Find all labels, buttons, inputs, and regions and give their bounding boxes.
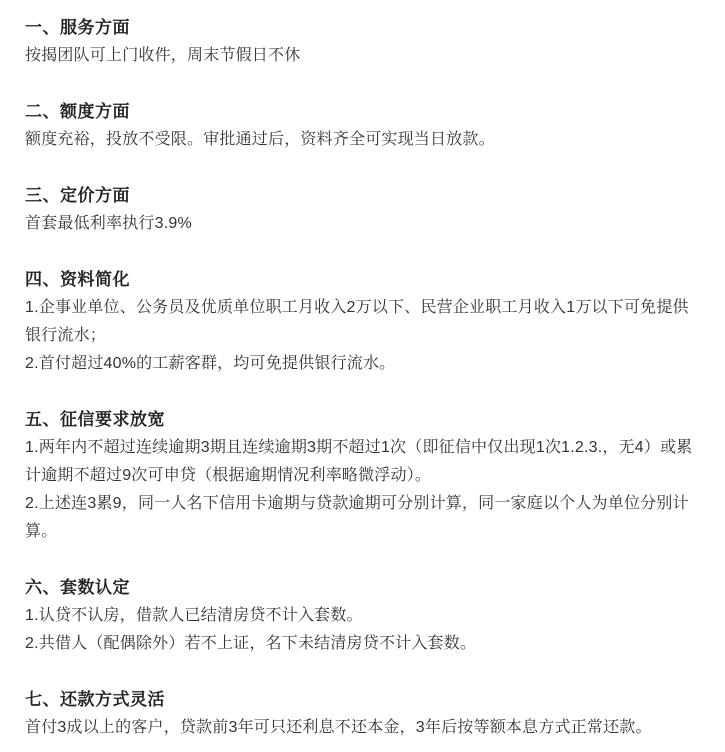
section-paragraph: 按揭团队可上门收件，周末节假日不休: [25, 42, 700, 70]
section-paragraph: 额度充裕，投放不受限。审批通过后，资料齐全可实现当日放款。: [25, 126, 700, 154]
section-paragraph: 首套最低利率执行3.9%: [25, 210, 700, 238]
section: 二、额度方面额度充裕，投放不受限。审批通过后，资料齐全可实现当日放款。: [25, 98, 700, 154]
section: 六、套数认定1.认贷不认房，借款人已结清房贷不计入套数。2.共借人（配偶除外）若…: [25, 574, 700, 658]
section-paragraph: 1.两年内不超过连续逾期3期且连续逾期3期不超过1次（即征信中仅出现1次1.2.…: [25, 434, 700, 490]
section-heading: 五、征信要求放宽: [25, 406, 700, 434]
section-heading: 四、资料简化: [25, 266, 700, 294]
section-paragraph: 2.首付超过40%的工薪客群，均可免提供银行流水。: [25, 350, 700, 378]
section-paragraph: 2.上述连3累9，同一人名下信用卡逾期与贷款逾期可分别计算，同一家庭以个人为单位…: [25, 490, 700, 546]
section-heading: 六、套数认定: [25, 574, 700, 602]
section: 一、服务方面按揭团队可上门收件，周末节假日不休: [25, 14, 700, 70]
section-paragraph: 1.企事业单位、公务员及优质单位职工月收入2万以下、民营企业职工月收入1万以下可…: [25, 294, 700, 350]
document: 一、服务方面按揭团队可上门收件，周末节假日不休二、额度方面额度充裕，投放不受限。…: [0, 0, 725, 752]
section-heading: 七、还款方式灵活: [25, 686, 700, 714]
section-heading: 一、服务方面: [25, 14, 700, 42]
section-paragraph: 首付3成以上的客户，贷款前3年可只还利息不还本金，3年后按等额本息方式正常还款。: [25, 714, 700, 742]
section: 四、资料简化1.企事业单位、公务员及优质单位职工月收入2万以下、民营企业职工月收…: [25, 266, 700, 378]
section: 七、还款方式灵活首付3成以上的客户，贷款前3年可只还利息不还本金，3年后按等额本…: [25, 686, 700, 742]
section: 三、定价方面首套最低利率执行3.9%: [25, 182, 700, 238]
section-heading: 三、定价方面: [25, 182, 700, 210]
section-paragraph: 2.共借人（配偶除外）若不上证，名下未结清房贷不计入套数。: [25, 630, 700, 658]
section-paragraph: 1.认贷不认房，借款人已结清房贷不计入套数。: [25, 602, 700, 630]
section: 五、征信要求放宽1.两年内不超过连续逾期3期且连续逾期3期不超过1次（即征信中仅…: [25, 406, 700, 546]
section-heading: 二、额度方面: [25, 98, 700, 126]
